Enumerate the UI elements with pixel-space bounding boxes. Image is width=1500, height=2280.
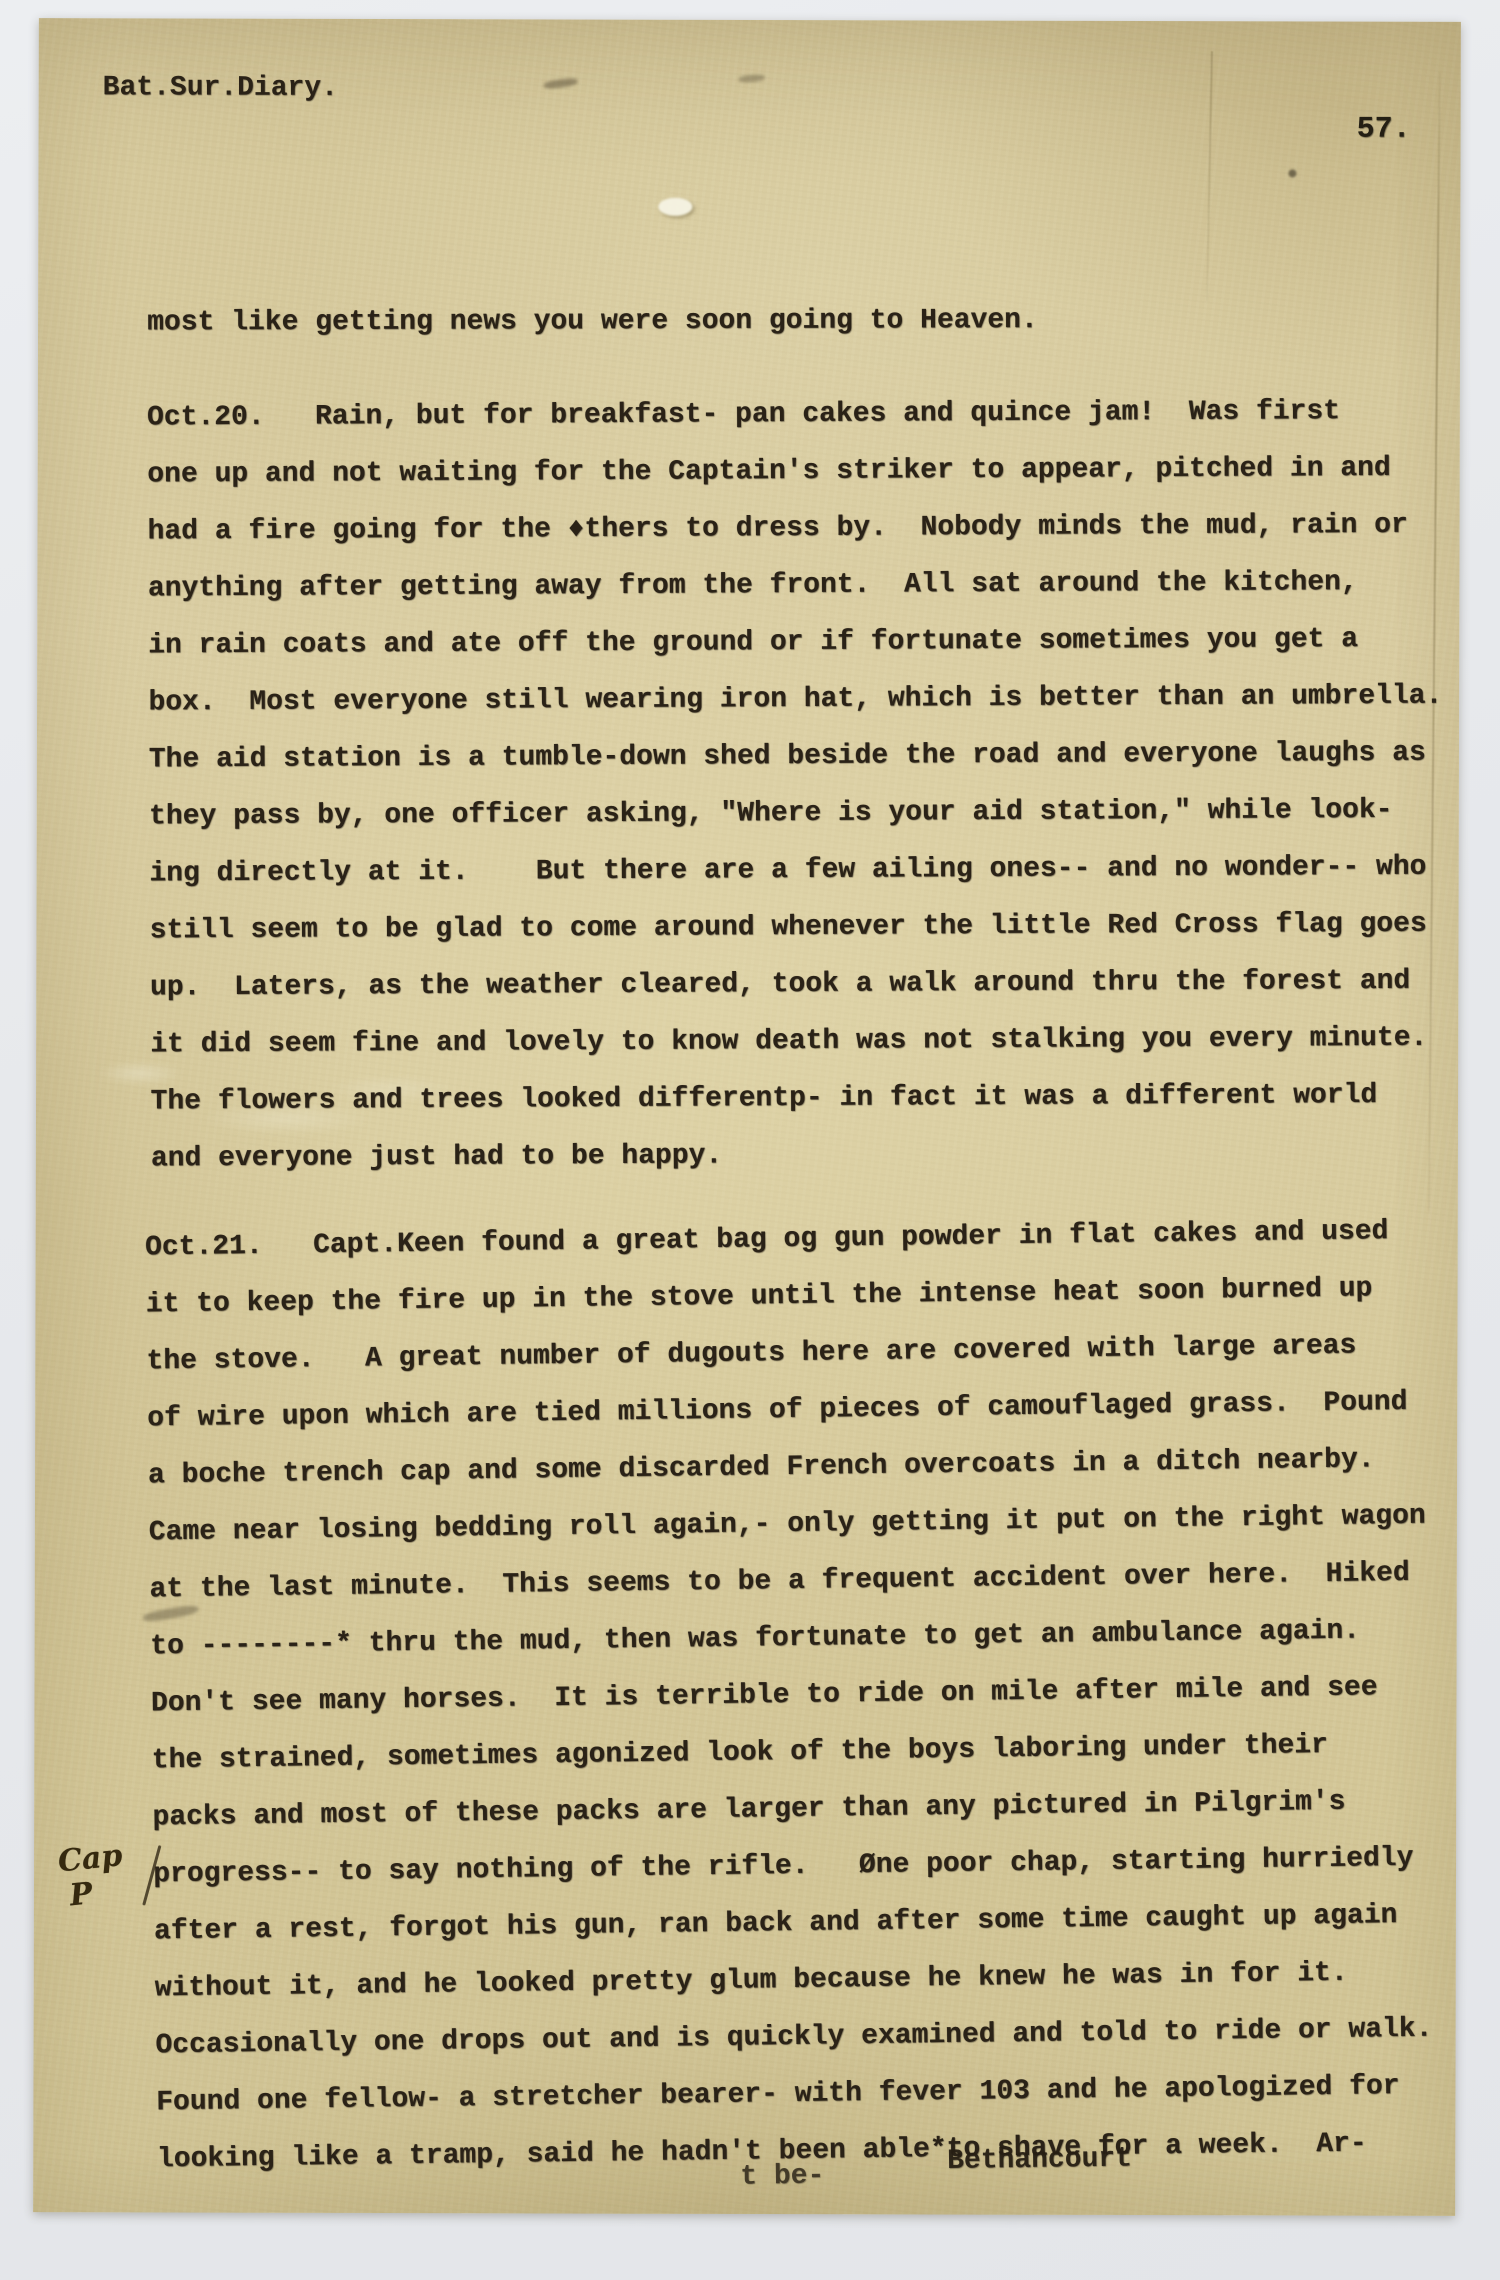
typed-line: Oct.20. Rain, but for breakfast- pan cak… [147, 383, 1441, 447]
typed-line: in rain coats and ate off the ground or … [148, 611, 1442, 675]
overstrike-bethancourt: Bethancourt [947, 2146, 1132, 2176]
typed-line: The aid station is a tumble-down shed be… [149, 725, 1443, 789]
paper-smudge [543, 77, 578, 90]
typed-line: ing directly at it. But there are a few … [149, 839, 1443, 903]
typed-line: they pass by, one officer asking, "Where… [149, 782, 1443, 846]
margin-note-p: P [68, 1879, 94, 1911]
paragraph-oct-21: Oct.21. Capt.Keen found a great bag og g… [145, 1203, 1435, 2189]
page-header-title: Bat.Sur.Diary. [103, 70, 338, 107]
ink-spot [1288, 169, 1296, 177]
typed-line: still seem to be glad to come around whe… [150, 896, 1444, 960]
typed-line: The flowers and trees looked differentp-… [150, 1067, 1444, 1131]
typed-line: one up and not waiting for the Captain's… [147, 440, 1441, 504]
typed-line: most like getting news you were soon goi… [147, 292, 1038, 351]
page-number: 57. [1357, 112, 1411, 148]
typed-line: and everyone just had to be happy. [151, 1124, 1445, 1188]
overstrike-fragment: t be- [740, 2163, 824, 2192]
paper-crease-top [1206, 51, 1213, 301]
paper-smudge [738, 74, 764, 83]
paragraph-oct-20: Oct.20. Rain, but for breakfast- pan cak… [147, 383, 1445, 1188]
paper-chip [658, 198, 692, 216]
margin-note-cap: Cap [57, 1841, 124, 1877]
typed-line: anything after getting away from the fro… [148, 554, 1442, 618]
typed-line: it did seem fine and lovely to know deat… [150, 1010, 1444, 1074]
paragraph-continuation: most like getting news you were soon goi… [147, 292, 1038, 351]
diary-page-paper: Bat.Sur.Diary. 57. most like getting new… [33, 18, 1461, 2216]
typed-line: had a fire going for the ♦thers to dress… [147, 497, 1441, 561]
typed-line: up. Laters, as the weather cleared, took… [150, 953, 1444, 1017]
typed-line: box. Most everyone still wearing iron ha… [148, 668, 1442, 732]
